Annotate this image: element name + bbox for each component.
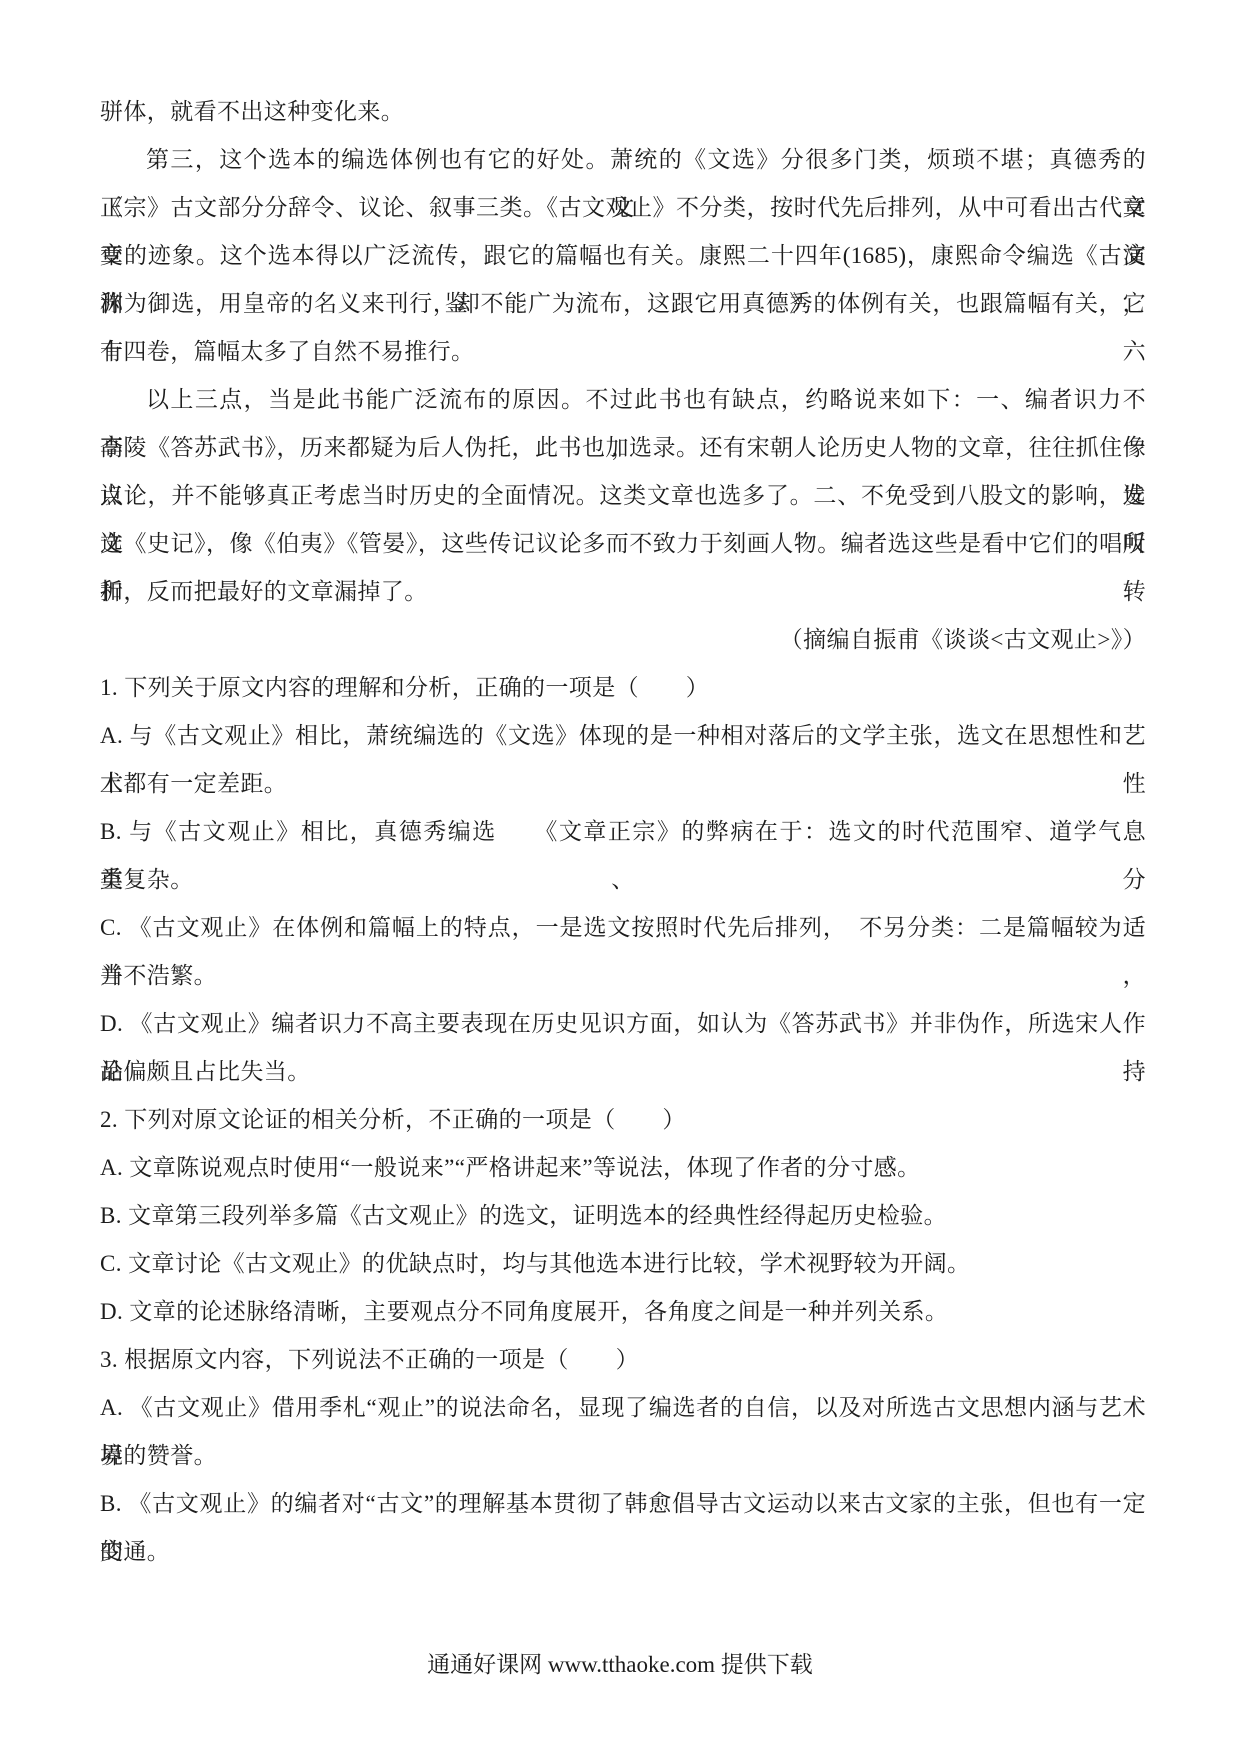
text-line: A. 文章陈说观点时使用“一般说来”“严格讲起来”等说法，体现了作者的分寸感。 xyxy=(100,1144,1146,1192)
text-line: （摘编自振甫《谈谈<古文观止>》） xyxy=(100,616,1146,664)
text-line: 3. 根据原文内容，下列说法不正确的一项是（ ） xyxy=(100,1336,1146,1384)
text-line: 骈体，就看不出这种变化来。 xyxy=(100,88,1146,136)
text-line: 李陵《答苏武书》，历来都疑为后人伪托，此书也加选录。还有宋朝人论历史人物的文章，… xyxy=(100,424,1146,472)
text-line: C. 《古文观止》在体例和篇幅上的特点，一是选文按照时代先后排列， 不另分类：二… xyxy=(100,904,1146,952)
text-line: 称为御选，用皇帝的名义来刊行，却不能广为流布，这跟它用真德秀的体例有关，也跟篇幅… xyxy=(100,280,1146,328)
text-line: D. 文章的论述脉络清晰，主要观点分不同角度展开，各角度之间是一种并列关系。 xyxy=(100,1288,1146,1336)
text-line: 变的迹象。这个选本得以广泛流传，跟它的篇幅也有关。康熙二十四年(1685)，康熙… xyxy=(100,232,1146,280)
text-line: 选《史记》，像《伯夷》《管晏》，这些传记议论多而不致力于刻画人物。编者选这些是看… xyxy=(100,520,1146,568)
text-line: 第三，这个选本的编选体例也有它的好处。萧统的《文选》分很多门类，烦琐不堪；真德秀… xyxy=(100,136,1146,184)
text-line: 正宗》古文部分分辞令、议论、叙事三类。《古文观止》不分类，按时代先后排列，从中可… xyxy=(100,184,1146,232)
text-line: A. 与《古文观止》相比，萧统编选的《文选》体现的是一种相对落后的文学主张，选文… xyxy=(100,712,1146,760)
text-line: B. 文章第三段列举多篇《古文观止》的选文，证明选本的经典性经得起历史检验。 xyxy=(100,1192,1146,1240)
footer-text: 通通好课网 www.tthaoke.com 提供下载 xyxy=(0,1645,1240,1685)
text-line: D. 《古文观止》编者识力不高主要表现在历史见识方面，如认为《答苏武书》并非伪作… xyxy=(100,1000,1146,1048)
text-line: 以上三点，当是此书能广泛流布的原因。不过此书也有缺点，约略说来如下：一、编者识力… xyxy=(100,376,1146,424)
text-line: B. 与《古文观止》相比，真德秀编选 《文章正宗》的弊病在于：选文的时代范围窄、… xyxy=(100,808,1146,856)
text-line: B. 《古文观止》的编者对“古文”的理解基本贯彻了韩愈倡导古文运动以来古文家的主… xyxy=(100,1480,1146,1528)
text-line: C. 文章讨论《古文观止》的优缺点时，均与其他选本进行比较，学术视野较为开阔。 xyxy=(100,1240,1146,1288)
text-line: 议论，并不能够真正考虑当时历史的全面情况。这类文章也选多了。二、不免受到八股文的… xyxy=(100,472,1146,520)
document-body: 骈体，就看不出这种变化来。第三，这个选本的编选体例也有它的好处。萧统的《文选》分… xyxy=(100,88,1146,1576)
text-line: 2. 下列对原文论证的相关分析，不正确的一项是（ ） xyxy=(100,1096,1146,1144)
text-line: 变通。 xyxy=(100,1528,1146,1576)
text-line: 界的赞誉。 xyxy=(100,1432,1146,1480)
text-line: 1. 下列关于原文内容的理解和分析，正确的一项是（ ） xyxy=(100,664,1146,712)
text-line: A. 《古文观止》借用季札“观止”的说法命名，显现了编选者的自信，以及对所选古文… xyxy=(100,1384,1146,1432)
